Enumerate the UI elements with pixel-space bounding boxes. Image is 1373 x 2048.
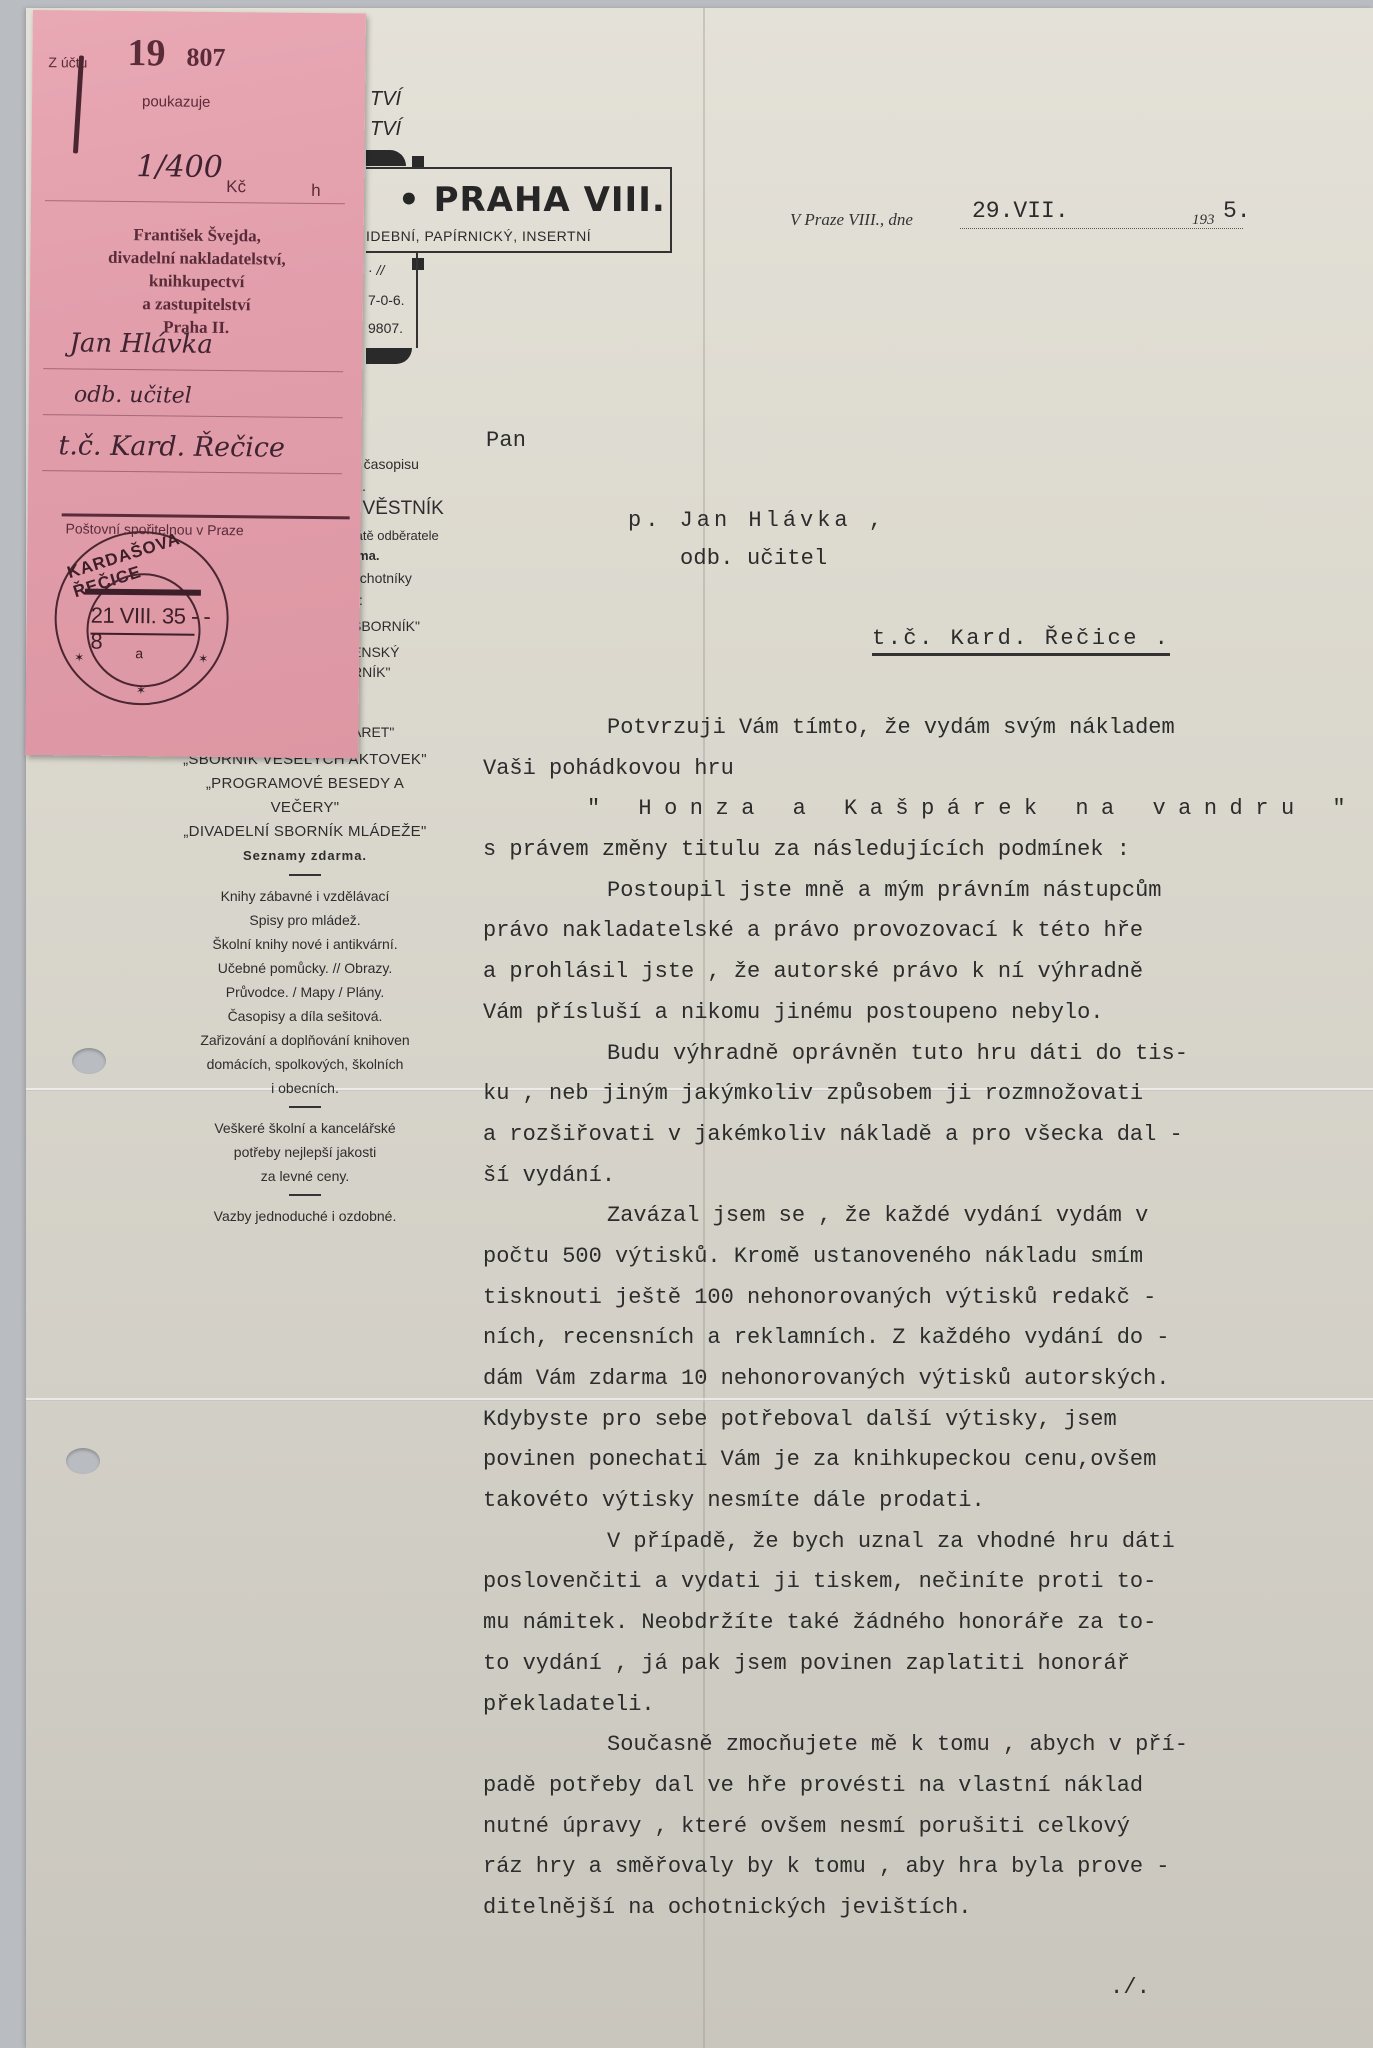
body-line: takovéto výtisky nesmíte dále prodati.: [483, 1481, 1363, 1522]
left-fragment-0: o časopisu: [352, 456, 419, 472]
amount-handwritten: 1/400: [136, 149, 223, 185]
body-line: nutné úpravy , které ovšem nesmí porušit…: [483, 1807, 1363, 1848]
date-label: V Praze VIII., dne: [790, 210, 913, 230]
body-line: Kdybyste pro sebe potřeboval další výtis…: [483, 1400, 1363, 1441]
recipient-line: knihkupectví: [30, 268, 363, 294]
divider: [289, 874, 321, 876]
star-icon: ✶: [136, 683, 146, 698]
body-line: mu námitek. Neobdržíte také žádného hono…: [483, 1603, 1363, 1644]
service-item: Školní knihy nové i antikvární.: [180, 932, 430, 956]
letterhead-side-line-3: 9807.: [368, 320, 403, 336]
star-icon: ✶: [74, 650, 84, 665]
postmark-stamp: KARDAŠOVA ŘEČICE 21 VIII. 35 - - 8 a ✶ ✶…: [54, 530, 230, 706]
left-fragment-2: Í VĚSTNÍK: [352, 498, 444, 520]
service-item: Knihy zábavné i vzdělávací: [180, 884, 430, 908]
handwritten-title: odb. učitel: [74, 382, 192, 408]
postmark-letter: a: [135, 645, 143, 661]
body-line: Vám přísluší a nikomu jinému postoupeno …: [483, 993, 1363, 1034]
postal-slip: Z účtu 19 807 poukazuje 1/400 Kč h Frant…: [25, 10, 366, 758]
body-line: to vydání , já pak jsem povinen zaplatit…: [483, 1644, 1363, 1685]
amount-line: [45, 200, 345, 204]
punch-hole-lower: [66, 1448, 100, 1474]
body-line: Budu výhradně oprávněn tuto hru dáti do …: [483, 1034, 1363, 1075]
halere-label: h: [311, 181, 321, 201]
series-item: „DIVADELNÍ SBORNÍK MLÁDEŽE": [180, 820, 430, 844]
body-line: a prohlásil jste , že autorské právo k n…: [483, 952, 1363, 993]
postmark-bar: [85, 589, 201, 596]
recipient-block: František Švejda, divadelní nakladatelst…: [30, 222, 364, 340]
star-icon: ✶: [198, 652, 208, 667]
body-line: Potvrzuji Vám tímto, že vydám svým nákla…: [483, 708, 1363, 749]
body-line: překladateli.: [483, 1685, 1363, 1726]
letterhead-left-column: „SBORNÍK VESELÝCH AKTOVEK" „PROGRAMOVÉ B…: [180, 748, 430, 1228]
handwritten-name: Jan Hlávka: [69, 328, 213, 359]
left-fragment-7: SBORNÍK": [352, 618, 420, 634]
body-line: V případě, že bych uznal za vhodné hru d…: [483, 1522, 1363, 1563]
divider: [289, 1106, 321, 1108]
body-line: ší vydání.: [483, 1156, 1363, 1197]
body-line: Současně zmocňujete mě k tomu , abych v …: [483, 1725, 1363, 1766]
body-line: ních, recensních a reklamních. Z každého…: [483, 1318, 1363, 1359]
account-number-suffix: 807: [186, 43, 225, 73]
body-line: dám Vám zdarma 10 nehonorovaných výtisků…: [483, 1359, 1363, 1400]
body-line: Zavázal jsem se , že každé vydání vydám …: [483, 1196, 1363, 1237]
recipient-line: divadelní nakladatelství,: [30, 245, 363, 271]
account-number-prefix: 19: [127, 31, 165, 75]
date-day-month: 29.VII.: [972, 198, 1069, 224]
service-item: Spisy pro mládež.: [180, 908, 430, 932]
recipient-location: t.č. Kard. Řečice .: [872, 626, 1170, 656]
letterhead-side-line-2: 7-0-6.: [368, 292, 405, 308]
currency-label: Kč: [226, 177, 246, 197]
left-fragment-3: tátě odběratele: [352, 528, 439, 543]
place-line: [42, 470, 342, 474]
body-line: počtu 500 výtisků. Kromě ustanoveného ná…: [483, 1237, 1363, 1278]
body-line: povinen ponechati Vám je za knihkupeckou…: [483, 1440, 1363, 1481]
binding-line: Vazby jednoduché i ozdobné.: [180, 1204, 430, 1228]
body-line: s právem změny titulu za následujících p…: [483, 830, 1363, 871]
body-line: ku , neb jiným jakýmkoliv způsobem ji ro…: [483, 1074, 1363, 1115]
letterhead-subtitle: IDEBNÍ, PAPÍRNICKÝ, INSERTNÍ: [366, 228, 591, 244]
continuation-mark: ./.: [1110, 1975, 1150, 2000]
letterhead-side-line-1: · //: [368, 262, 384, 278]
supplies-line: potřeby nejlepší jakosti: [180, 1140, 430, 1164]
body-line: Vaši pohádkovou hru: [483, 749, 1363, 790]
pays-label: poukazuje: [142, 93, 211, 111]
recipient-line: a zastupitelství: [30, 291, 363, 317]
body-line: ráz hry a směřovaly by k tomu , aby hra …: [483, 1847, 1363, 1888]
bank-rule: [62, 513, 350, 519]
service-item: domácích, spolkových, školních: [180, 1052, 430, 1076]
title-line: [43, 414, 343, 418]
body-line: ditelnější na ochotnických jevištích.: [483, 1888, 1363, 1929]
letterhead-fragment-2: TVÍ: [370, 118, 401, 141]
punch-hole-upper: [72, 1048, 106, 1074]
date-year-prefix: 193: [1192, 212, 1215, 229]
body-line: Postoupil jste mně a mým právním nástupc…: [483, 871, 1363, 912]
service-item: Průvodce. / Mapy / Plány.: [180, 980, 430, 1004]
recipient-name: p. Jan Hlávka ,: [628, 508, 886, 533]
supplies-line: Veškeré školní a kancelářské: [180, 1116, 430, 1140]
salutation: Pan: [486, 428, 526, 453]
series-item: „PROGRAMOVÉ BESEDY A VEČERY": [180, 772, 430, 820]
body-line: právo nakladatelské a právo provozovací …: [483, 911, 1363, 952]
letterhead-fragment-1: TVÍ: [370, 88, 401, 111]
service-item: Časopisy a díla sešitová.: [180, 1004, 430, 1028]
left-fragment-5: ochotníky: [352, 570, 412, 586]
body-line: a rozšiřovati v jakémkoliv nákladě a pro…: [483, 1115, 1363, 1156]
service-item: i obecních.: [180, 1076, 430, 1100]
postmark-date: 21 VIII. 35 - - 8: [90, 603, 227, 656]
supplies-line: za levné ceny.: [180, 1164, 430, 1188]
name-line: [43, 368, 343, 372]
body-line: poslovenčiti a vydati ji tiskem, nečinít…: [483, 1562, 1363, 1603]
letter-body: Potvrzuji Vám tímto, že vydám svým nákla…: [483, 708, 1363, 1929]
body-line: tisknouti ještě 100 nehonorovaných výtis…: [483, 1278, 1363, 1319]
divider: [289, 1194, 321, 1196]
letterhead-city: • PRAHA VIII.: [398, 180, 666, 220]
body-line: padě potřeby dal ve hře provésti na vlas…: [483, 1766, 1363, 1807]
handwritten-place: t.č. Kard. Řečice: [58, 430, 285, 463]
catalog-note: Seznamy zdarma.: [180, 844, 430, 868]
service-item: Učebné pomůcky. // Obrazy.: [180, 956, 430, 980]
service-item: Zařizování a doplňování knihoven: [180, 1028, 430, 1052]
recipient-line: František Švejda,: [31, 222, 364, 248]
recipient-title: odb. učitel: [680, 546, 827, 571]
date-year-digit: 5.: [1223, 198, 1251, 224]
play-title: " Honza a Kašpárek na vandru ": [483, 789, 1363, 830]
